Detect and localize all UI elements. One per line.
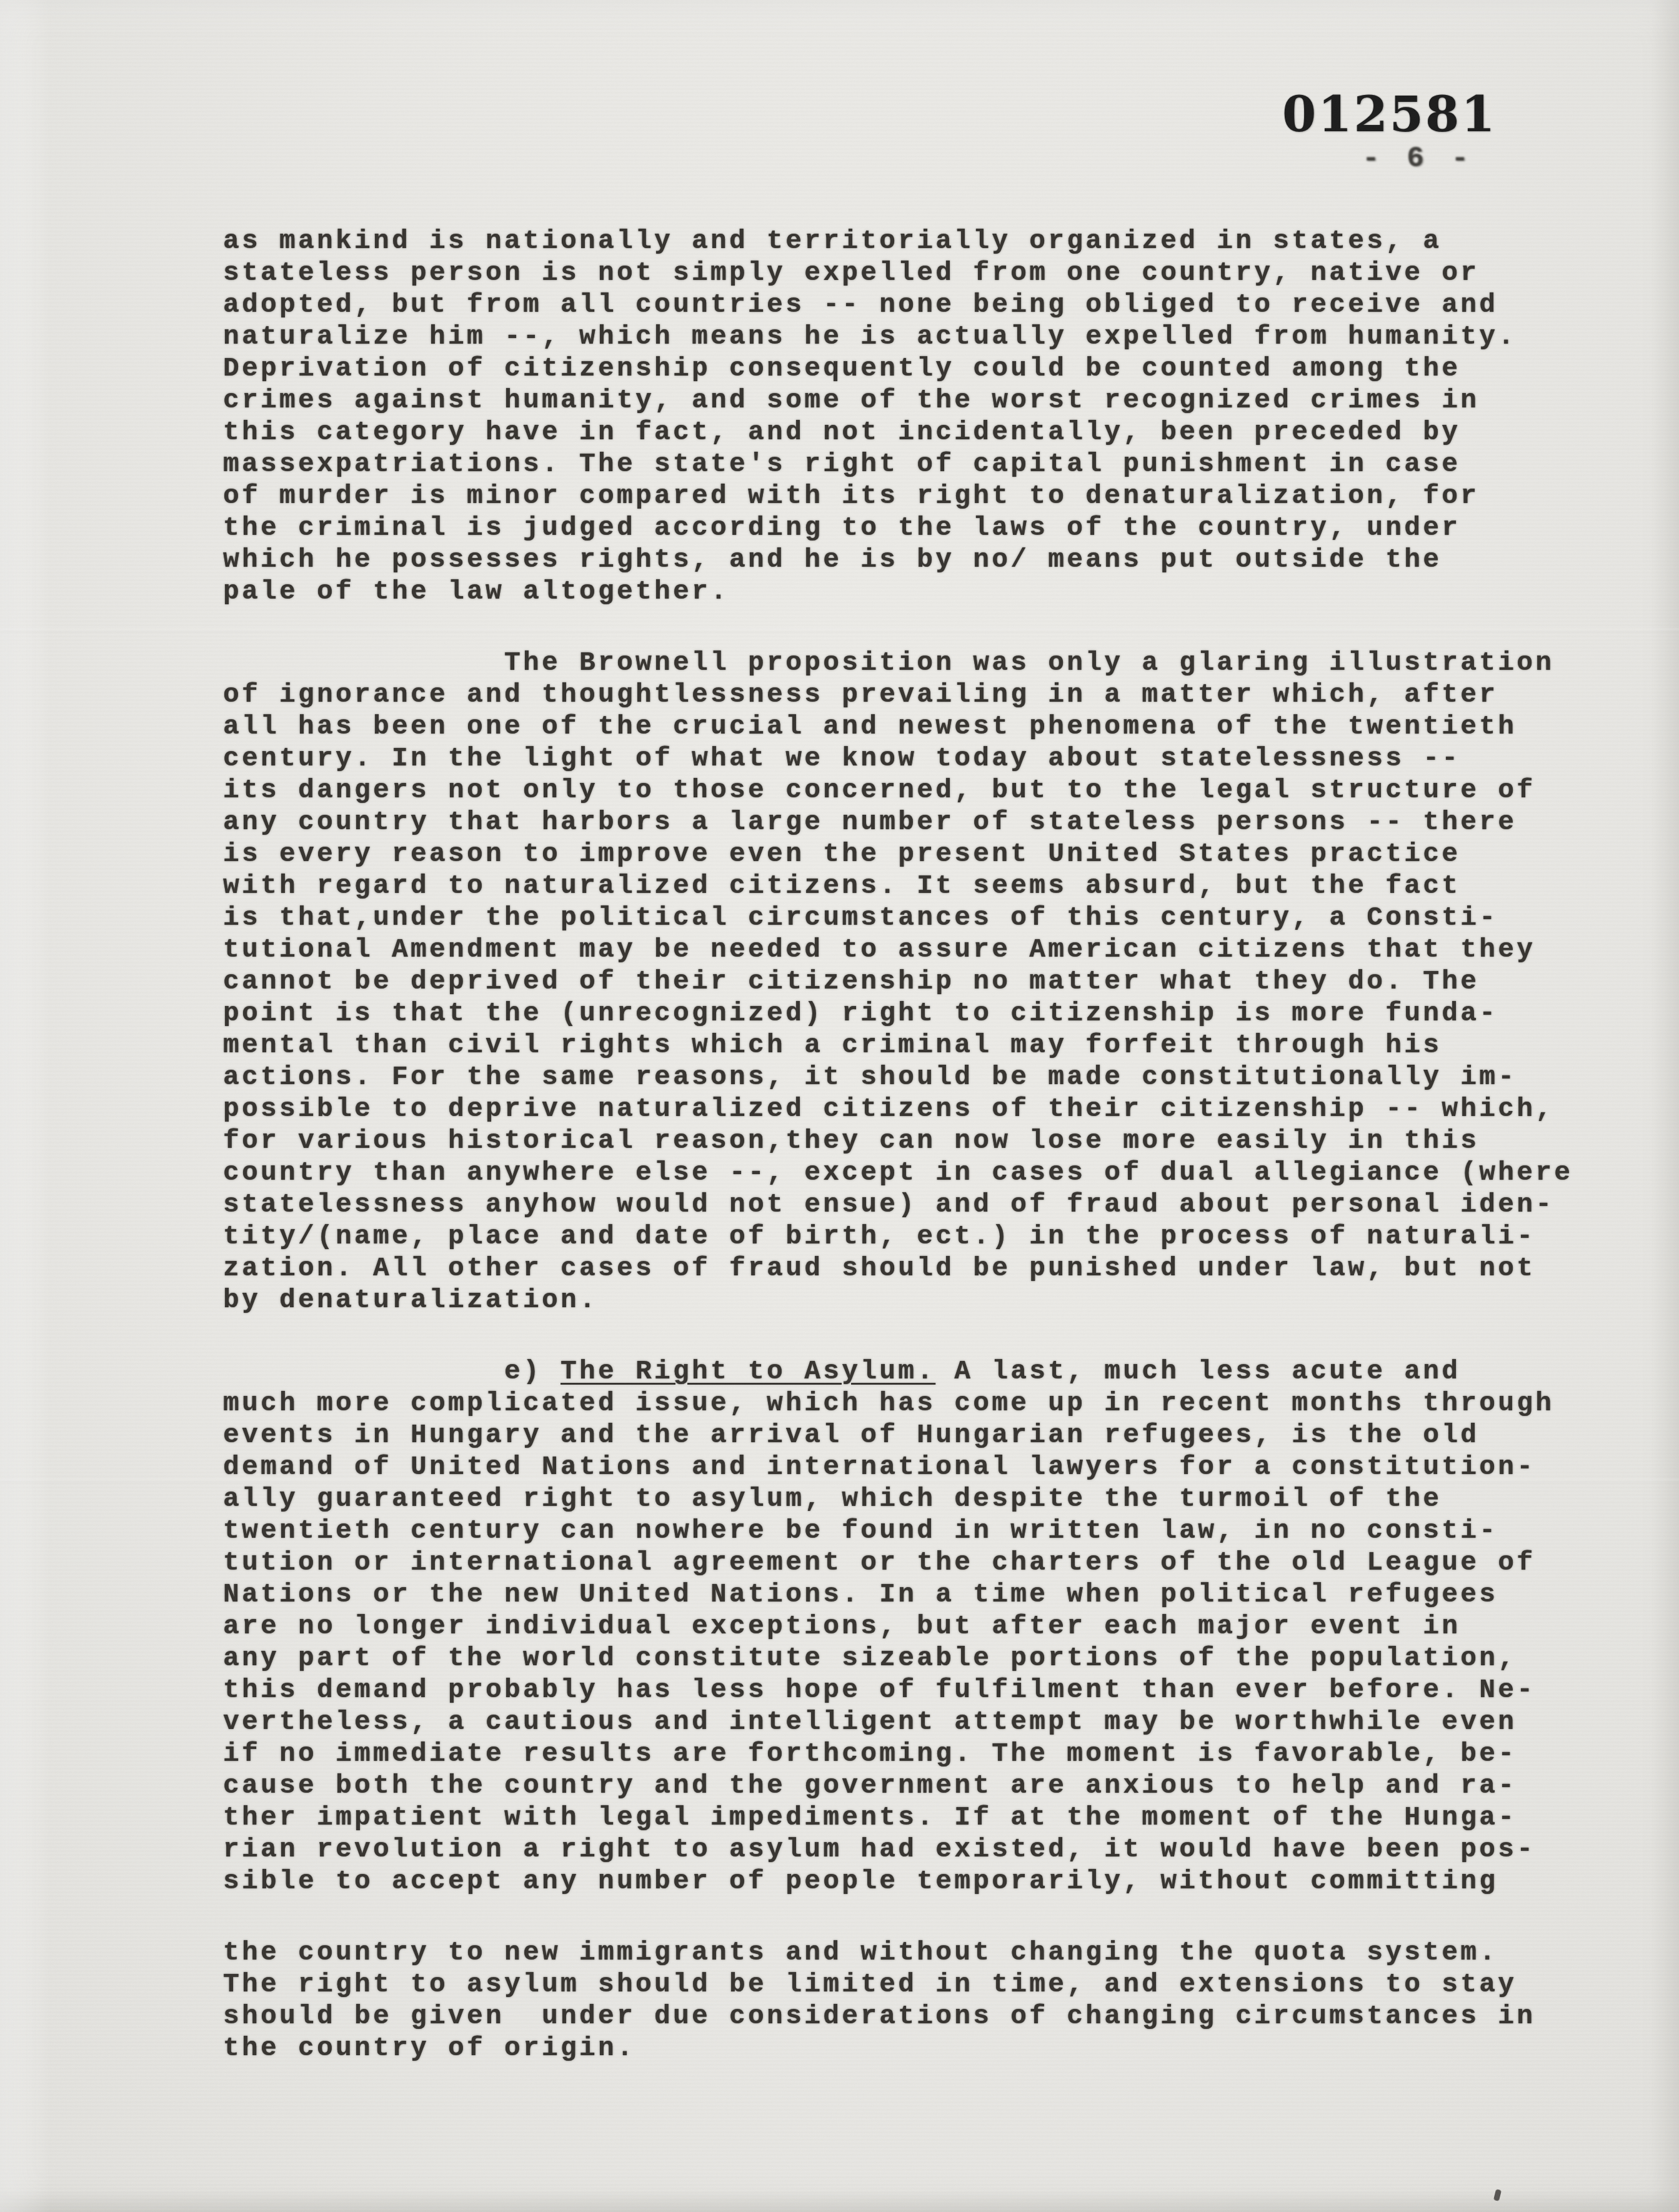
text-line: events in Hungary and the arrival of Hun… <box>223 1419 1610 1451</box>
text-line: the country of origin. <box>223 2032 1610 2064</box>
archive-stamp-number: 012581 <box>1282 86 1497 143</box>
text-line: twentieth century can nowhere be found i… <box>223 1515 1610 1547</box>
text-line: point is that the (unrecognized) right t… <box>223 997 1610 1029</box>
text-line: ally guaranteed right to asylum, which d… <box>223 1483 1610 1515</box>
page-number: - 6 - <box>1362 142 1473 175</box>
text-line: of murder is minor compared with its rig… <box>223 480 1610 512</box>
text-line: stateless person is not simply expelled … <box>223 257 1610 289</box>
text-line: tutional Amendment may be needed to assu… <box>223 934 1610 965</box>
text-line: possible to deprive naturalized citizens… <box>223 1093 1610 1125</box>
text-line: zation. All other cases of fraud should … <box>223 1252 1610 1284</box>
text-line: tity/(name, place and date of birth, ect… <box>223 1220 1610 1252</box>
text-line: adopted, but from all countries -- none … <box>223 289 1610 321</box>
text-line: this demand probably has less hope of fu… <box>223 1674 1610 1706</box>
text-line: sible to accept any number of people tem… <box>223 1865 1610 1897</box>
text-line: statelessness anyhow would not ensue) an… <box>223 1188 1610 1220</box>
text-line: massexpatriations. The state's right of … <box>223 448 1610 480</box>
document-page: 012581 - 6 - as mankind is nationally an… <box>0 0 1679 2212</box>
text-line: crimes against humanity, and some of the… <box>223 384 1610 416</box>
text-line: this category have in fact, and not inci… <box>223 416 1610 448</box>
text-line: if no immediate results are forthcoming.… <box>223 1738 1610 1770</box>
text-line: tution or international agreement or the… <box>223 1547 1610 1578</box>
text-line: with regard to naturalized citizens. It … <box>223 870 1610 902</box>
text-line: cannot be deprived of their citizenship … <box>223 965 1610 997</box>
text-line: any country that harbors a large number … <box>223 806 1610 838</box>
text-line: any part of the world constitute sizeabl… <box>223 1642 1610 1674</box>
paragraph: as mankind is nationally and territorial… <box>223 225 1610 607</box>
text-line: by denaturalization. <box>223 1284 1610 1316</box>
text-line: should be given under due considerations… <box>223 2000 1610 2032</box>
text-line: ther impatient with legal impediments. I… <box>223 1801 1610 1833</box>
text-line: The right to asylum should be limited in… <box>223 1968 1610 2000</box>
text-line: the criminal is judged according to the … <box>223 512 1610 544</box>
text-segment: e) <box>223 1356 560 1387</box>
section-heading: The Right to Asylum. <box>560 1356 935 1387</box>
paragraph: the country to new immigrants and withou… <box>223 1936 1610 2064</box>
ink-speck <box>1493 2189 1502 2201</box>
text-line: is that,under the political circumstance… <box>223 902 1610 934</box>
text-line: is every reason to improve even the pres… <box>223 838 1610 870</box>
text-line: actions. For the same reasons, it should… <box>223 1061 1610 1093</box>
text-line: demand of United Nations and internation… <box>223 1451 1610 1483</box>
text-line: country than anywhere else --, except in… <box>223 1157 1610 1188</box>
text-line: Nations or the new United Nations. In a … <box>223 1578 1610 1610</box>
text-line: rian revolution a right to asylum had ex… <box>223 1833 1610 1865</box>
text-line: all has been one of the crucial and newe… <box>223 710 1610 742</box>
text-block: as mankind is nationally and territorial… <box>223 225 1610 2064</box>
paragraph: The Brownell proposition was only a glar… <box>223 647 1610 1316</box>
text-line: which he possesses rights, and he is by … <box>223 544 1610 575</box>
text-line: e) The Right to Asylum. A last, much les… <box>223 1355 1610 1387</box>
text-line: mental than civil rights which a crimina… <box>223 1029 1610 1061</box>
text-line: Deprivation of citizenship consequently … <box>223 352 1610 384</box>
text-line: are no longer individual exceptions, but… <box>223 1610 1610 1642</box>
text-line: The Brownell proposition was only a glar… <box>223 647 1610 679</box>
text-segment: A last, much less acute and <box>935 1356 1460 1387</box>
text-line: cause both the country and the governmen… <box>223 1770 1610 1801</box>
text-line: of ignorance and thoughtlessness prevail… <box>223 679 1610 710</box>
paragraph: e) The Right to Asylum. A last, much les… <box>223 1355 1610 1897</box>
text-line: pale of the law altogether. <box>223 575 1610 607</box>
text-line: naturalize him --, which means he is act… <box>223 321 1610 352</box>
text-line: for various historical reason,they can n… <box>223 1125 1610 1157</box>
text-line: century. In the light of what we know to… <box>223 742 1610 774</box>
text-line: the country to new immigrants and withou… <box>223 1936 1610 1968</box>
text-line: much more complicated issue, which has c… <box>223 1387 1610 1419</box>
text-line: vertheless, a cautious and intelligent a… <box>223 1706 1610 1738</box>
text-line: its dangers not only to those concerned,… <box>223 774 1610 806</box>
text-line: as mankind is nationally and territorial… <box>223 225 1610 257</box>
